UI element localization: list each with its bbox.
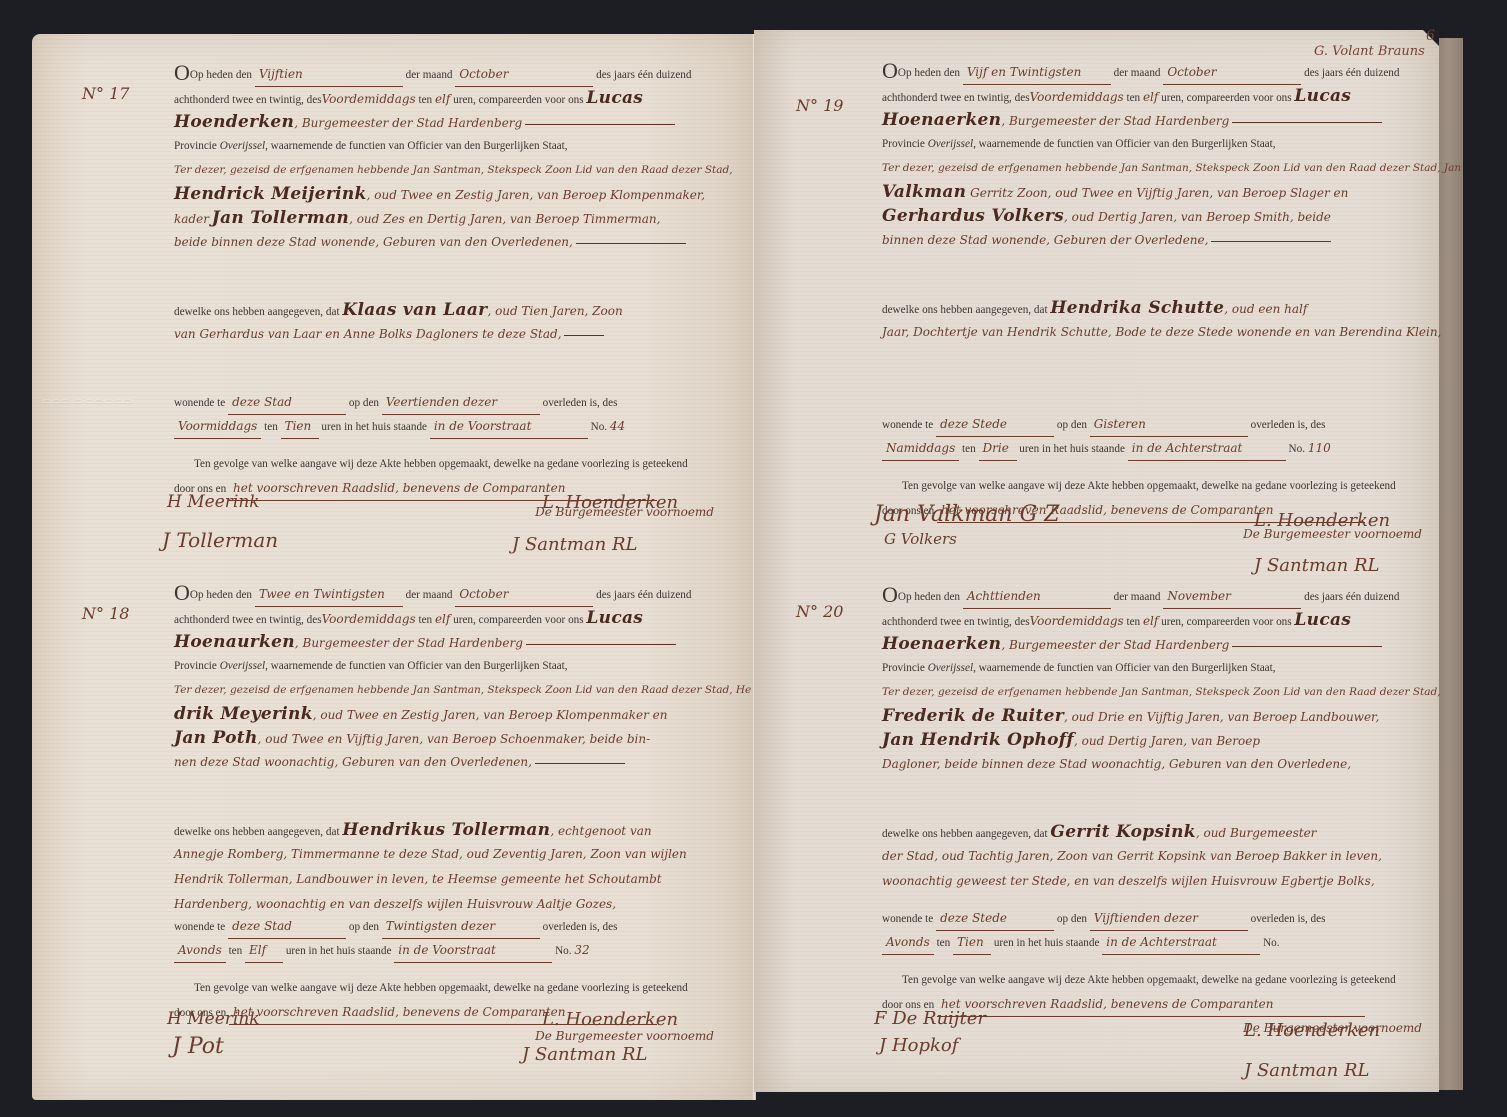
official-name: Hoenderken [174, 112, 294, 132]
deceased-name: Klaas van Laar [342, 300, 487, 320]
left-page: ▭▭▭ ▭ ▭▭▭▭▭ N° 17 OOp heden den Vijftien… [32, 34, 754, 1100]
death-record-19: OOp heden den Vijf en Twintigsten der ma… [882, 60, 1442, 546]
page-number: 6 [1426, 28, 1435, 44]
witness-name: Jan Tollerman [212, 208, 349, 228]
act-number: N° 17 [82, 84, 129, 103]
act-number: N° 19 [796, 96, 843, 115]
right-page: G. Volant Brauns 6 N° 19 OOp heden den V… [754, 30, 1439, 1092]
death-record-17: OOp heden den Vijftien der maand October… [174, 62, 734, 524]
signature: L. Hoenderken [542, 492, 678, 513]
signature: H Meerink [167, 492, 260, 512]
signature: J Santman RL [512, 534, 637, 555]
house-number: 44 [610, 419, 625, 433]
death-record-18: OOp heden den Twee en Twintigsten der ma… [174, 582, 734, 1048]
death-record-20: OOp heden den Achttienden der maand Nove… [882, 584, 1442, 1040]
deceased-name: Hendrikus Tollerman [342, 820, 550, 840]
day-field: Vijftien [255, 62, 403, 87]
ink-bleed-through: ▭▭▭ ▭ ▭▭▭▭▭ [42, 396, 132, 407]
witness-name: Hendrick Meijerink [174, 184, 367, 204]
act-number: N° 18 [82, 604, 129, 623]
deceased-name: Gerrit Kopsink [1050, 822, 1195, 842]
deceased-name: Hendrika Schutte [1050, 298, 1224, 318]
act-number: N° 20 [796, 602, 843, 621]
month-field: October [455, 62, 593, 87]
corner-note: G. Volant Brauns [1314, 44, 1425, 59]
signature: J Tollerman [162, 528, 278, 552]
